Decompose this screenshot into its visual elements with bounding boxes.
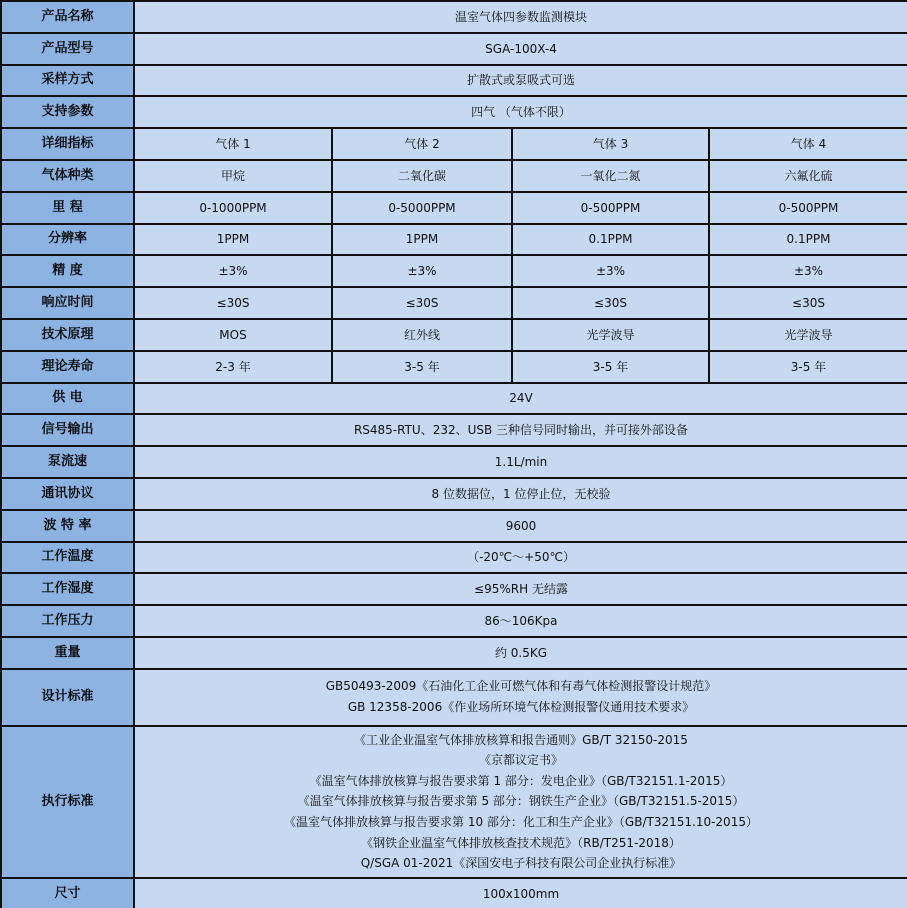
accuracy-cell: ±3% (709, 255, 907, 287)
pressure-value: 86～106Kpa (134, 605, 907, 637)
accuracy-cell: ±3% (134, 255, 332, 287)
weight-value: 约 0.5KG (134, 637, 907, 669)
exec-standard-line: 《京都议定书》 (135, 750, 907, 771)
row-label: 工作温度 (1, 542, 134, 574)
row-label: 精 度 (1, 255, 134, 287)
gas-type-cell: 甲烷 (134, 160, 332, 192)
row-lifetime: 理论寿命 2-3 年 3-5 年 3-5 年 3-5 年 (1, 351, 907, 383)
row-gas-type: 气体种类 甲烷 二氧化碳 一氧化二氮 六氟化硫 (1, 160, 907, 192)
row-range: 里 程 0-1000PPM 0-5000PPM 0-500PPM 0-500PP… (1, 192, 907, 224)
gas-1-header: 气体 1 (134, 128, 332, 160)
resolution-cell: 0.1PPM (512, 224, 709, 256)
row-temp: 工作温度 （-20℃～+50℃） (1, 542, 907, 574)
row-label: 响应时间 (1, 287, 134, 319)
row-label: 技术原理 (1, 319, 134, 351)
row-sampling: 采样方式 扩散式或泵吸式可选 (1, 65, 907, 97)
model-value: SGA-100X-4 (134, 33, 907, 65)
row-power: 供 电 24V (1, 383, 907, 415)
row-label: 理论寿命 (1, 351, 134, 383)
design-standard-line: GB50493-2009《石油化工企业可燃气体和有毒气体检测报警设计规范》 (135, 676, 907, 697)
exec-standard-line: 《钢铁企业温室气体排放核查技术规范》（RB/T251-2018） (135, 833, 907, 854)
accuracy-cell: ±3% (332, 255, 512, 287)
principle-cell: MOS (134, 319, 332, 351)
range-cell: 0-1000PPM (134, 192, 332, 224)
gas-type-cell: 一氧化二氮 (512, 160, 709, 192)
row-baud: 波 特 率 9600 (1, 510, 907, 542)
row-humidity: 工作湿度 ≤95%RH 无结露 (1, 573, 907, 605)
accuracy-cell: ±3% (512, 255, 709, 287)
row-label: 工作湿度 (1, 573, 134, 605)
row-model: 产品型号 SGA-100X-4 (1, 33, 907, 65)
range-cell: 0-500PPM (709, 192, 907, 224)
row-label: 泵流速 (1, 446, 134, 478)
row-label: 供 电 (1, 383, 134, 415)
signal-value: RS485-RTU、232、USB 三种信号同时输出，并可接外部设备 (134, 414, 907, 446)
row-label: 尺寸 (1, 878, 134, 908)
lifetime-cell: 3-5 年 (332, 351, 512, 383)
exec-standard-line: 《温室气体排放核算与报告要求第 10 部分：化工和生产企业》（GB/T32151… (135, 812, 907, 833)
row-weight: 重量 约 0.5KG (1, 637, 907, 669)
row-pump: 泵流速 1.1L/min (1, 446, 907, 478)
response-cell: ≤30S (332, 287, 512, 319)
row-label: 支持参数 (1, 96, 134, 128)
row-accuracy: 精 度 ±3% ±3% ±3% ±3% (1, 255, 907, 287)
lifetime-cell: 2-3 年 (134, 351, 332, 383)
principle-cell: 光学波导 (709, 319, 907, 351)
range-cell: 0-5000PPM (332, 192, 512, 224)
spec-table: 产品名称 温室气体四参数监测模块 产品型号 SGA-100X-4 采样方式 扩散… (0, 0, 907, 908)
gas-2-header: 气体 2 (332, 128, 512, 160)
pump-value: 1.1L/min (134, 446, 907, 478)
principle-cell: 红外线 (332, 319, 512, 351)
gas-type-cell: 六氟化硫 (709, 160, 907, 192)
row-label: 采样方式 (1, 65, 134, 97)
exec-standard-line: Q/SGA 01-2021《深国安电子科技有限公司企业执行标准》 (135, 853, 907, 874)
row-label: 里 程 (1, 192, 134, 224)
size-value: 100x100mm (134, 878, 907, 908)
row-label: 产品型号 (1, 33, 134, 65)
response-cell: ≤30S (709, 287, 907, 319)
row-detail: 详细指标 气体 1 气体 2 气体 3 气体 4 (1, 128, 907, 160)
row-label: 产品名称 (1, 1, 134, 33)
row-label: 气体种类 (1, 160, 134, 192)
resolution-cell: 0.1PPM (709, 224, 907, 256)
response-cell: ≤30S (512, 287, 709, 319)
row-protocol: 通讯协议 8 位数据位，1 位停止位，无校验 (1, 478, 907, 510)
row-signal: 信号输出 RS485-RTU、232、USB 三种信号同时输出，并可接外部设备 (1, 414, 907, 446)
range-cell: 0-500PPM (512, 192, 709, 224)
row-label: 详细指标 (1, 128, 134, 160)
row-label: 设计标准 (1, 669, 134, 726)
row-pressure: 工作压力 86～106Kpa (1, 605, 907, 637)
row-response: 响应时间 ≤30S ≤30S ≤30S ≤30S (1, 287, 907, 319)
row-exec-standard: 执行标准 《工业企业温室气体排放核算和报告通则》GB/T 32150-2015 … (1, 726, 907, 878)
row-principle: 技术原理 MOS 红外线 光学波导 光学波导 (1, 319, 907, 351)
exec-standard-line: 《温室气体排放核算与报告要求第 1 部分：发电企业》（GB/T32151.1-2… (135, 771, 907, 792)
gas-type-cell: 二氧化碳 (332, 160, 512, 192)
row-label: 分辨率 (1, 224, 134, 256)
resolution-cell: 1PPM (332, 224, 512, 256)
principle-cell: 光学波导 (512, 319, 709, 351)
lifetime-cell: 3-5 年 (512, 351, 709, 383)
row-resolution: 分辨率 1PPM 1PPM 0.1PPM 0.1PPM (1, 224, 907, 256)
params-value: 四气 （气体不限） (134, 96, 907, 128)
row-label: 工作压力 (1, 605, 134, 637)
row-label: 信号输出 (1, 414, 134, 446)
row-label: 通讯协议 (1, 478, 134, 510)
design-standard-line: GB 12358-2006《作业场所环境气体检测报警仪通用技术要求》 (135, 697, 907, 718)
row-label: 重量 (1, 637, 134, 669)
exec-standard-line: 《工业企业温室气体排放核算和报告通则》GB/T 32150-2015 (135, 730, 907, 751)
power-value: 24V (134, 383, 907, 415)
temp-value: （-20℃～+50℃） (134, 542, 907, 574)
lifetime-cell: 3-5 年 (709, 351, 907, 383)
row-params: 支持参数 四气 （气体不限） (1, 96, 907, 128)
row-size: 尺寸 100x100mm (1, 878, 907, 908)
humidity-value: ≤95%RH 无结露 (134, 573, 907, 605)
row-product-name: 产品名称 温室气体四参数监测模块 (1, 1, 907, 33)
protocol-value: 8 位数据位，1 位停止位，无校验 (134, 478, 907, 510)
exec-standard-value: 《工业企业温室气体排放核算和报告通则》GB/T 32150-2015 《京都议定… (134, 726, 907, 878)
product-name-value: 温室气体四参数监测模块 (134, 1, 907, 33)
gas-4-header: 气体 4 (709, 128, 907, 160)
baud-value: 9600 (134, 510, 907, 542)
resolution-cell: 1PPM (134, 224, 332, 256)
exec-standard-line: 《温室气体排放核算与报告要求第 5 部分：钢铁生产企业》（GB/T32151.5… (135, 791, 907, 812)
sampling-value: 扩散式或泵吸式可选 (134, 65, 907, 97)
response-cell: ≤30S (134, 287, 332, 319)
design-standard-value: GB50493-2009《石油化工企业可燃气体和有毒气体检测报警设计规范》 GB… (134, 669, 907, 726)
row-design-standard: 设计标准 GB50493-2009《石油化工企业可燃气体和有毒气体检测报警设计规… (1, 669, 907, 726)
gas-3-header: 气体 3 (512, 128, 709, 160)
row-label: 执行标准 (1, 726, 134, 878)
row-label: 波 特 率 (1, 510, 134, 542)
